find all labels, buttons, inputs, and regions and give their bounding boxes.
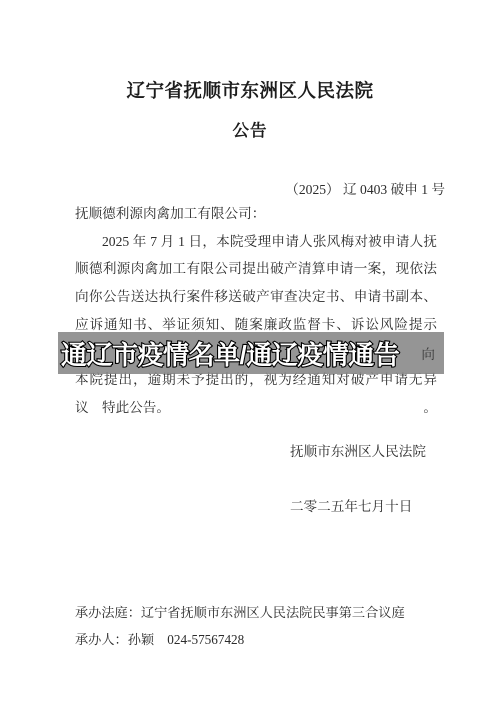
case-number: （2025） 辽 0403 破申 1 号 — [0, 182, 445, 197]
footer: 承办法庭：辽宁省抚顺市东洲区人民法院民事第三合议庭 承办人：孙颖 024-575… — [75, 600, 475, 653]
signature-date: 二零二五年七月十日 — [290, 499, 412, 514]
court-title: 辽宁省抚顺市东洲区人民法院 — [0, 81, 500, 104]
doc-type-title: 公告 — [0, 120, 500, 142]
body-line: 2025 年 7 月 1 日，本院受理申请人张风梅对被申请人抚 — [75, 228, 437, 256]
footer-tribunal: 承办法庭：辽宁省抚顺市东洲区人民法院民事第三合议庭 — [75, 600, 475, 627]
obscured-line-fragment: 向 — [421, 343, 444, 363]
watermark-text: 通辽市疫情名单/通辽疫情通告 — [58, 335, 399, 372]
signature-court: 抚顺市东洲区人民法院 — [290, 444, 426, 459]
body-line: 向你公告送达执行案件移送破产审查决定书、申请书副本、 — [75, 283, 437, 311]
announcement-document: 辽宁省抚顺市东洲区人民法院 公告 （2025） 辽 0403 破申 1 号 抚顺… — [0, 0, 500, 706]
watermark-band: 通辽市疫情名单/通辽疫情通告 向 — [58, 332, 444, 374]
footer-handler: 承办人：孙颖 024-57567428 — [75, 627, 475, 654]
recipient-line: 抚顺德利源肉禽加工有限公司： — [75, 200, 437, 228]
body-line: 顺德利源肉禽加工有限公司提出破产清算申请一案，现依法 — [75, 255, 437, 283]
body-text: 抚顺德利源肉禽加工有限公司： 2025 年 7 月 1 日，本院受理申请人张风梅… — [75, 200, 437, 422]
